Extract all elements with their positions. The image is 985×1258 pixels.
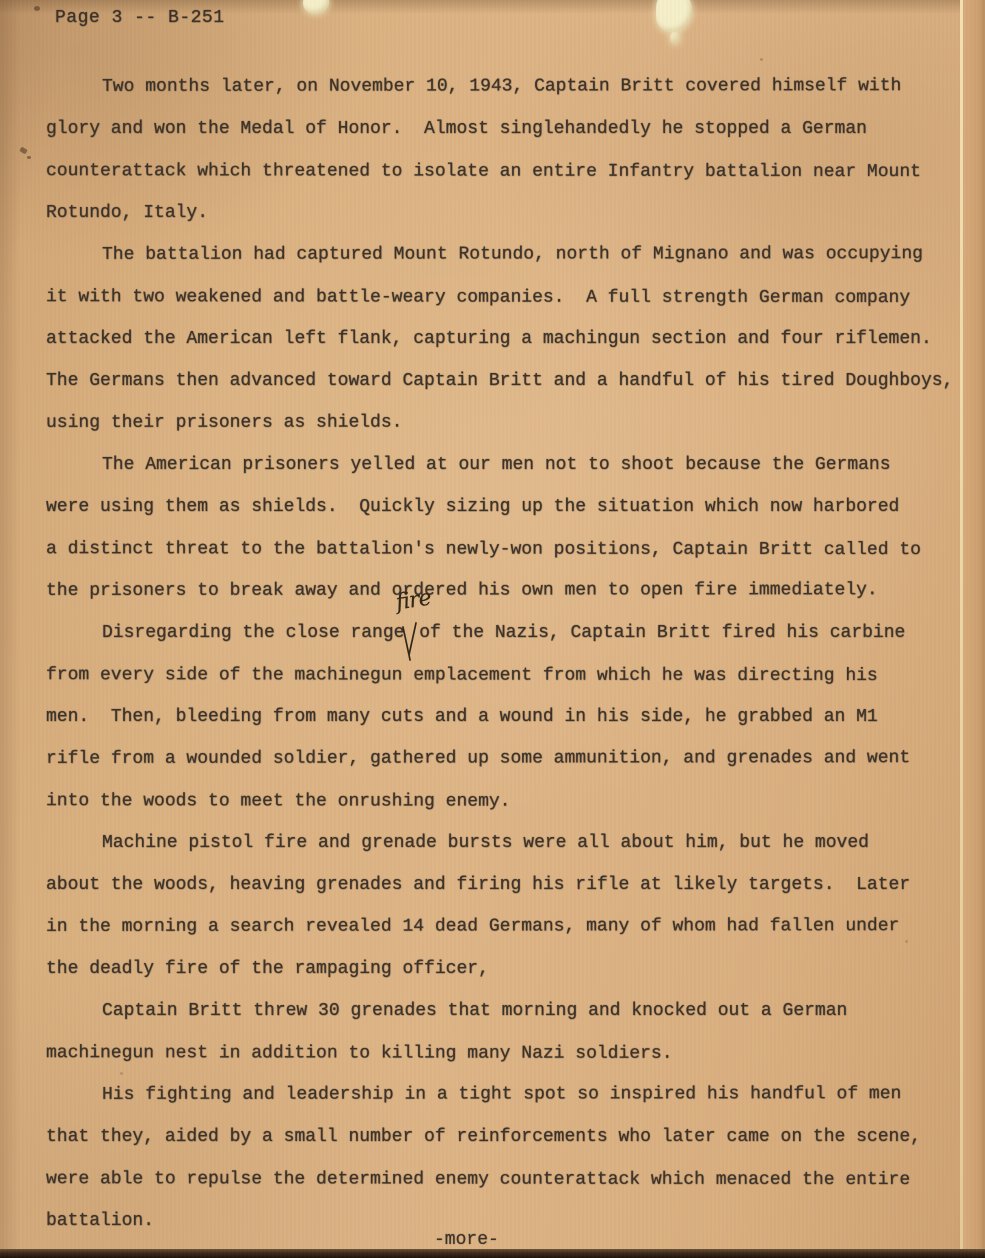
typed-line: from every side of the machinegun emplac… bbox=[0, 654, 985, 697]
paper-hole-stain bbox=[670, 32, 680, 44]
typed-line: that they, aided by a small number of re… bbox=[0, 1116, 985, 1158]
typed-line: into the woods to meet the onrushing ene… bbox=[0, 780, 985, 823]
typed-line: in the morning a search revealed 14 dead… bbox=[0, 905, 985, 948]
more-continuation-marker: -more- bbox=[434, 1230, 499, 1250]
document-page: Page 3 -- B-251 Two months later, on Nov… bbox=[0, 0, 985, 1258]
typed-line: it with two weakened and battle-weary co… bbox=[0, 276, 985, 319]
typed-lines: Two months later, on November 10, 1943, … bbox=[0, 66, 985, 1242]
typed-line: Two months later, on November 10, 1943, … bbox=[0, 65, 985, 108]
typed-line: Captain Britt threw 30 grenades that mor… bbox=[0, 990, 985, 1032]
typed-line: Machine pistol fire and grenade bursts w… bbox=[0, 822, 985, 864]
typed-line: The battalion had captured Mount Rotundo… bbox=[0, 233, 985, 276]
typed-line: counterattack which threatened to isolat… bbox=[0, 150, 985, 193]
typed-line: attacked the American left flank, captur… bbox=[0, 318, 985, 360]
bottom-scan-edge bbox=[0, 1249, 985, 1258]
typed-line: the prisoners to break away and ordered … bbox=[0, 569, 985, 612]
typed-line: glory and won the Medal of Honor. Almost… bbox=[0, 108, 985, 150]
paper-hole-stain bbox=[656, 0, 692, 32]
typed-line: a distinct threat to the battalion's new… bbox=[0, 528, 985, 571]
handwritten-word: fire bbox=[393, 578, 434, 625]
typed-line: machinegun nest in addition to killing m… bbox=[0, 1032, 985, 1075]
typed-line: were using them as shields. Quickly sizi… bbox=[0, 486, 985, 528]
ink-speck bbox=[760, 58, 763, 61]
typed-line: The Germans then advanced toward Captain… bbox=[0, 360, 985, 402]
typed-line: rifle from a wounded soldier, gathered u… bbox=[0, 737, 985, 780]
page-header: Page 3 -- B-251 bbox=[55, 8, 225, 28]
typed-line: His fighting and leadership in a tight s… bbox=[0, 1073, 985, 1116]
typed-line: Disregarding the close rangefire of the … bbox=[0, 612, 985, 654]
typed-line: the deadly fire of the rampaging officer… bbox=[0, 948, 985, 990]
typed-line: Rotundo, Italy. bbox=[0, 192, 985, 234]
typed-line: using their prisoners as shields. bbox=[0, 401, 985, 444]
typed-line: about the woods, heaving grenades and fi… bbox=[0, 864, 985, 906]
typed-line: were able to repulse the determined enem… bbox=[0, 1158, 985, 1201]
handwritten-insertion: fire bbox=[404, 619, 408, 637]
ink-speck bbox=[34, 6, 40, 11]
typed-line: men. Then, bleeding from many cuts and a… bbox=[0, 696, 985, 738]
typed-line: The American prisoners yelled at our men… bbox=[0, 444, 985, 486]
